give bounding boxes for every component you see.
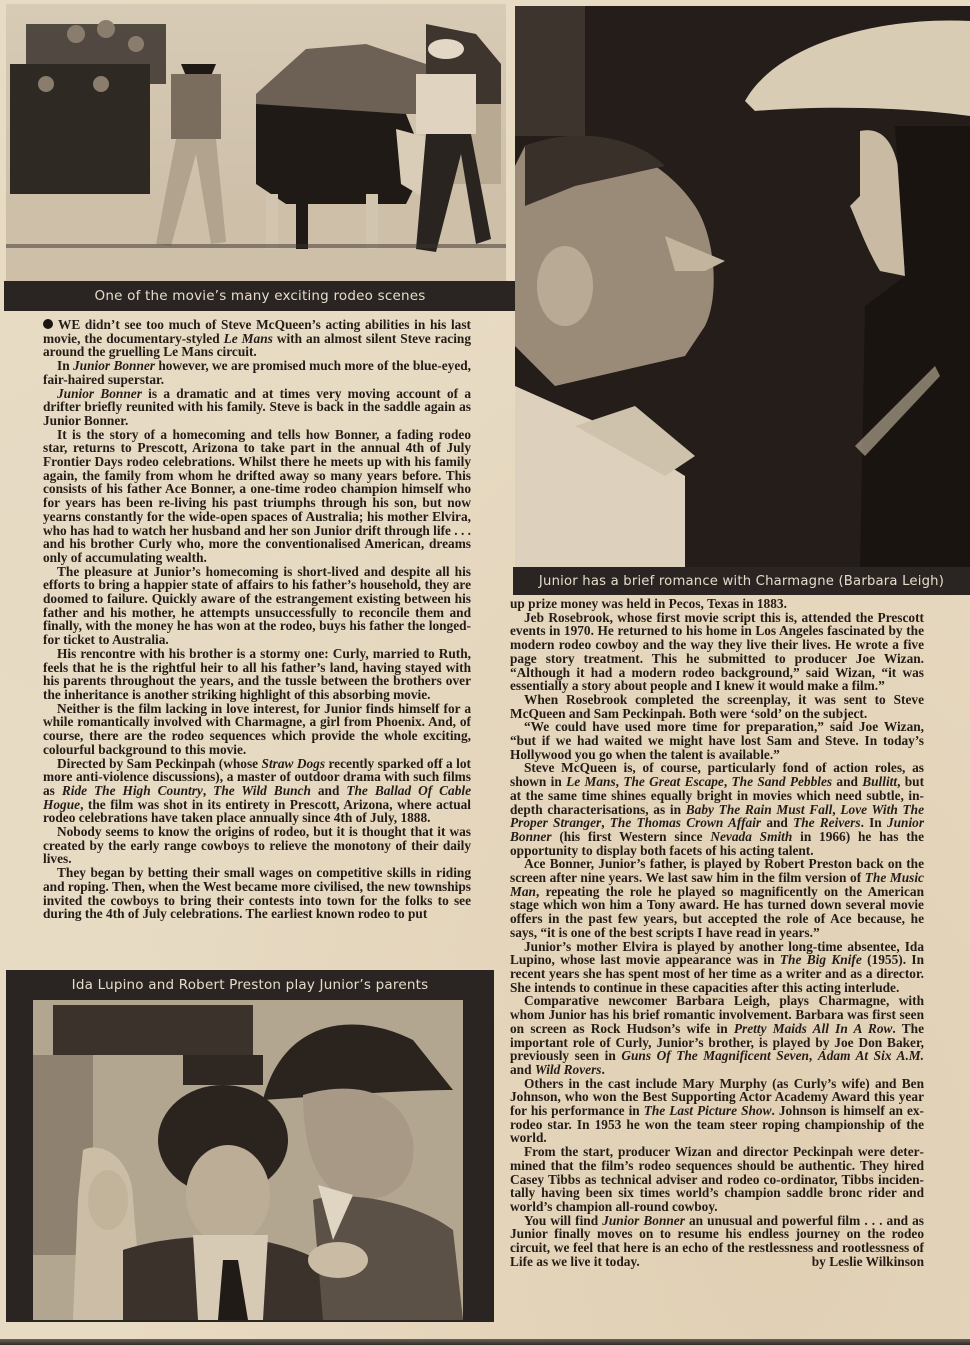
article-paragraph: up prize money was held in Pecos, Texas … [510,597,924,611]
text-run: Neither is the film lacking in love inte… [43,701,471,757]
film-title: Adam At Six A.M. [818,1048,924,1063]
article-paragraph: It is the story of a homecoming and tell… [43,428,471,565]
article-paragraph: Ace Bonner, Junior’s father, is played b… [510,857,924,939]
parents-photo [33,1000,463,1320]
text-run: The pleasure at Junior’s homecoming is s… [43,564,471,648]
article-paragraph: Junior’s mother Elvira is played by anot… [510,940,924,995]
rodeo-photo-caption: One of the movie’s many exciting rodeo s… [4,281,516,311]
article-paragraph: Steve McQueen is, of course, particularl… [510,761,924,857]
text-run: , [809,1048,818,1063]
article-paragraph: Junior Bonner is a dramatic and at times… [43,387,471,428]
text-run: , the film was shot in its entirety in P… [43,797,471,826]
bullet-icon [43,319,53,329]
article-paragraph: Nobody seems to know the origins of rode… [43,825,471,866]
text-run: They began by betting their small wages … [43,865,471,921]
romance-scene-image [515,6,970,571]
rodeo-photo [6,4,506,282]
text-run: Ace Bonner, Junior’s father, is played b… [510,856,924,885]
article-paragraph: The pleasure at Junior’s homecoming is s… [43,565,471,647]
article-paragraph: Jeb Rosebrook, whose first movie script … [510,611,924,693]
text-run: Jeb Rosebrook, whose first movie script … [510,610,924,694]
article-paragraph: WE didn’t see too much of Steve McQueen’… [43,318,471,359]
article-paragraph: Comparative newcomer Barbara Leigh, play… [510,994,924,1076]
article-paragraph: His rencontre with his brother is a stor… [43,647,471,702]
parents-scene-image [33,1000,463,1320]
text-run: His rencontre with his brother is a stor… [43,646,471,702]
romance-photo [515,6,970,571]
parents-photo-caption: Ida Lupino and Robert Preston play Junio… [6,970,494,1000]
article-paragraph: When Rosebrook completed the screenplay,… [510,693,924,720]
article-left-column: WE didn’t see too much of Steve McQueen’… [43,318,471,921]
article-paragraph: From the start, producer Wizan and direc… [510,1145,924,1214]
article-paragraph: Directed by Sam Peckinpah (whose Straw D… [43,757,471,826]
rodeo-scene-image [6,4,506,282]
article-paragraph: Neither is the film lacking in love inte… [43,702,471,757]
article-paragraph: In Junior Bonner however, we are promise… [43,359,471,386]
text-run: From the start, producer Wizan and direc… [510,1144,924,1214]
text-run: It is the story of a homecoming and tell… [43,427,471,565]
text-run: When Rosebrook completed the screenplay,… [510,692,924,721]
text-run: “We could have used more time for prepar… [510,719,924,761]
article-paragraph: “We could have used more time for prepar… [510,720,924,761]
page-bottom-edge [0,1339,970,1345]
romance-photo-caption: Junior has a brief romance with Charmagn… [513,567,970,595]
article-right-column: up prize money was held in Pecos, Texas … [510,597,924,1268]
film-title: Guns Of The Magnificent Seven [621,1048,809,1063]
article-paragraph: They began by betting their small wages … [43,866,471,921]
text-run: , repeating the role he played so magnif… [510,884,924,940]
article-paragraph: Others in the cast include Mary Murphy (… [510,1077,924,1146]
text-run: Nobody seems to know the origins of rode… [43,824,471,866]
